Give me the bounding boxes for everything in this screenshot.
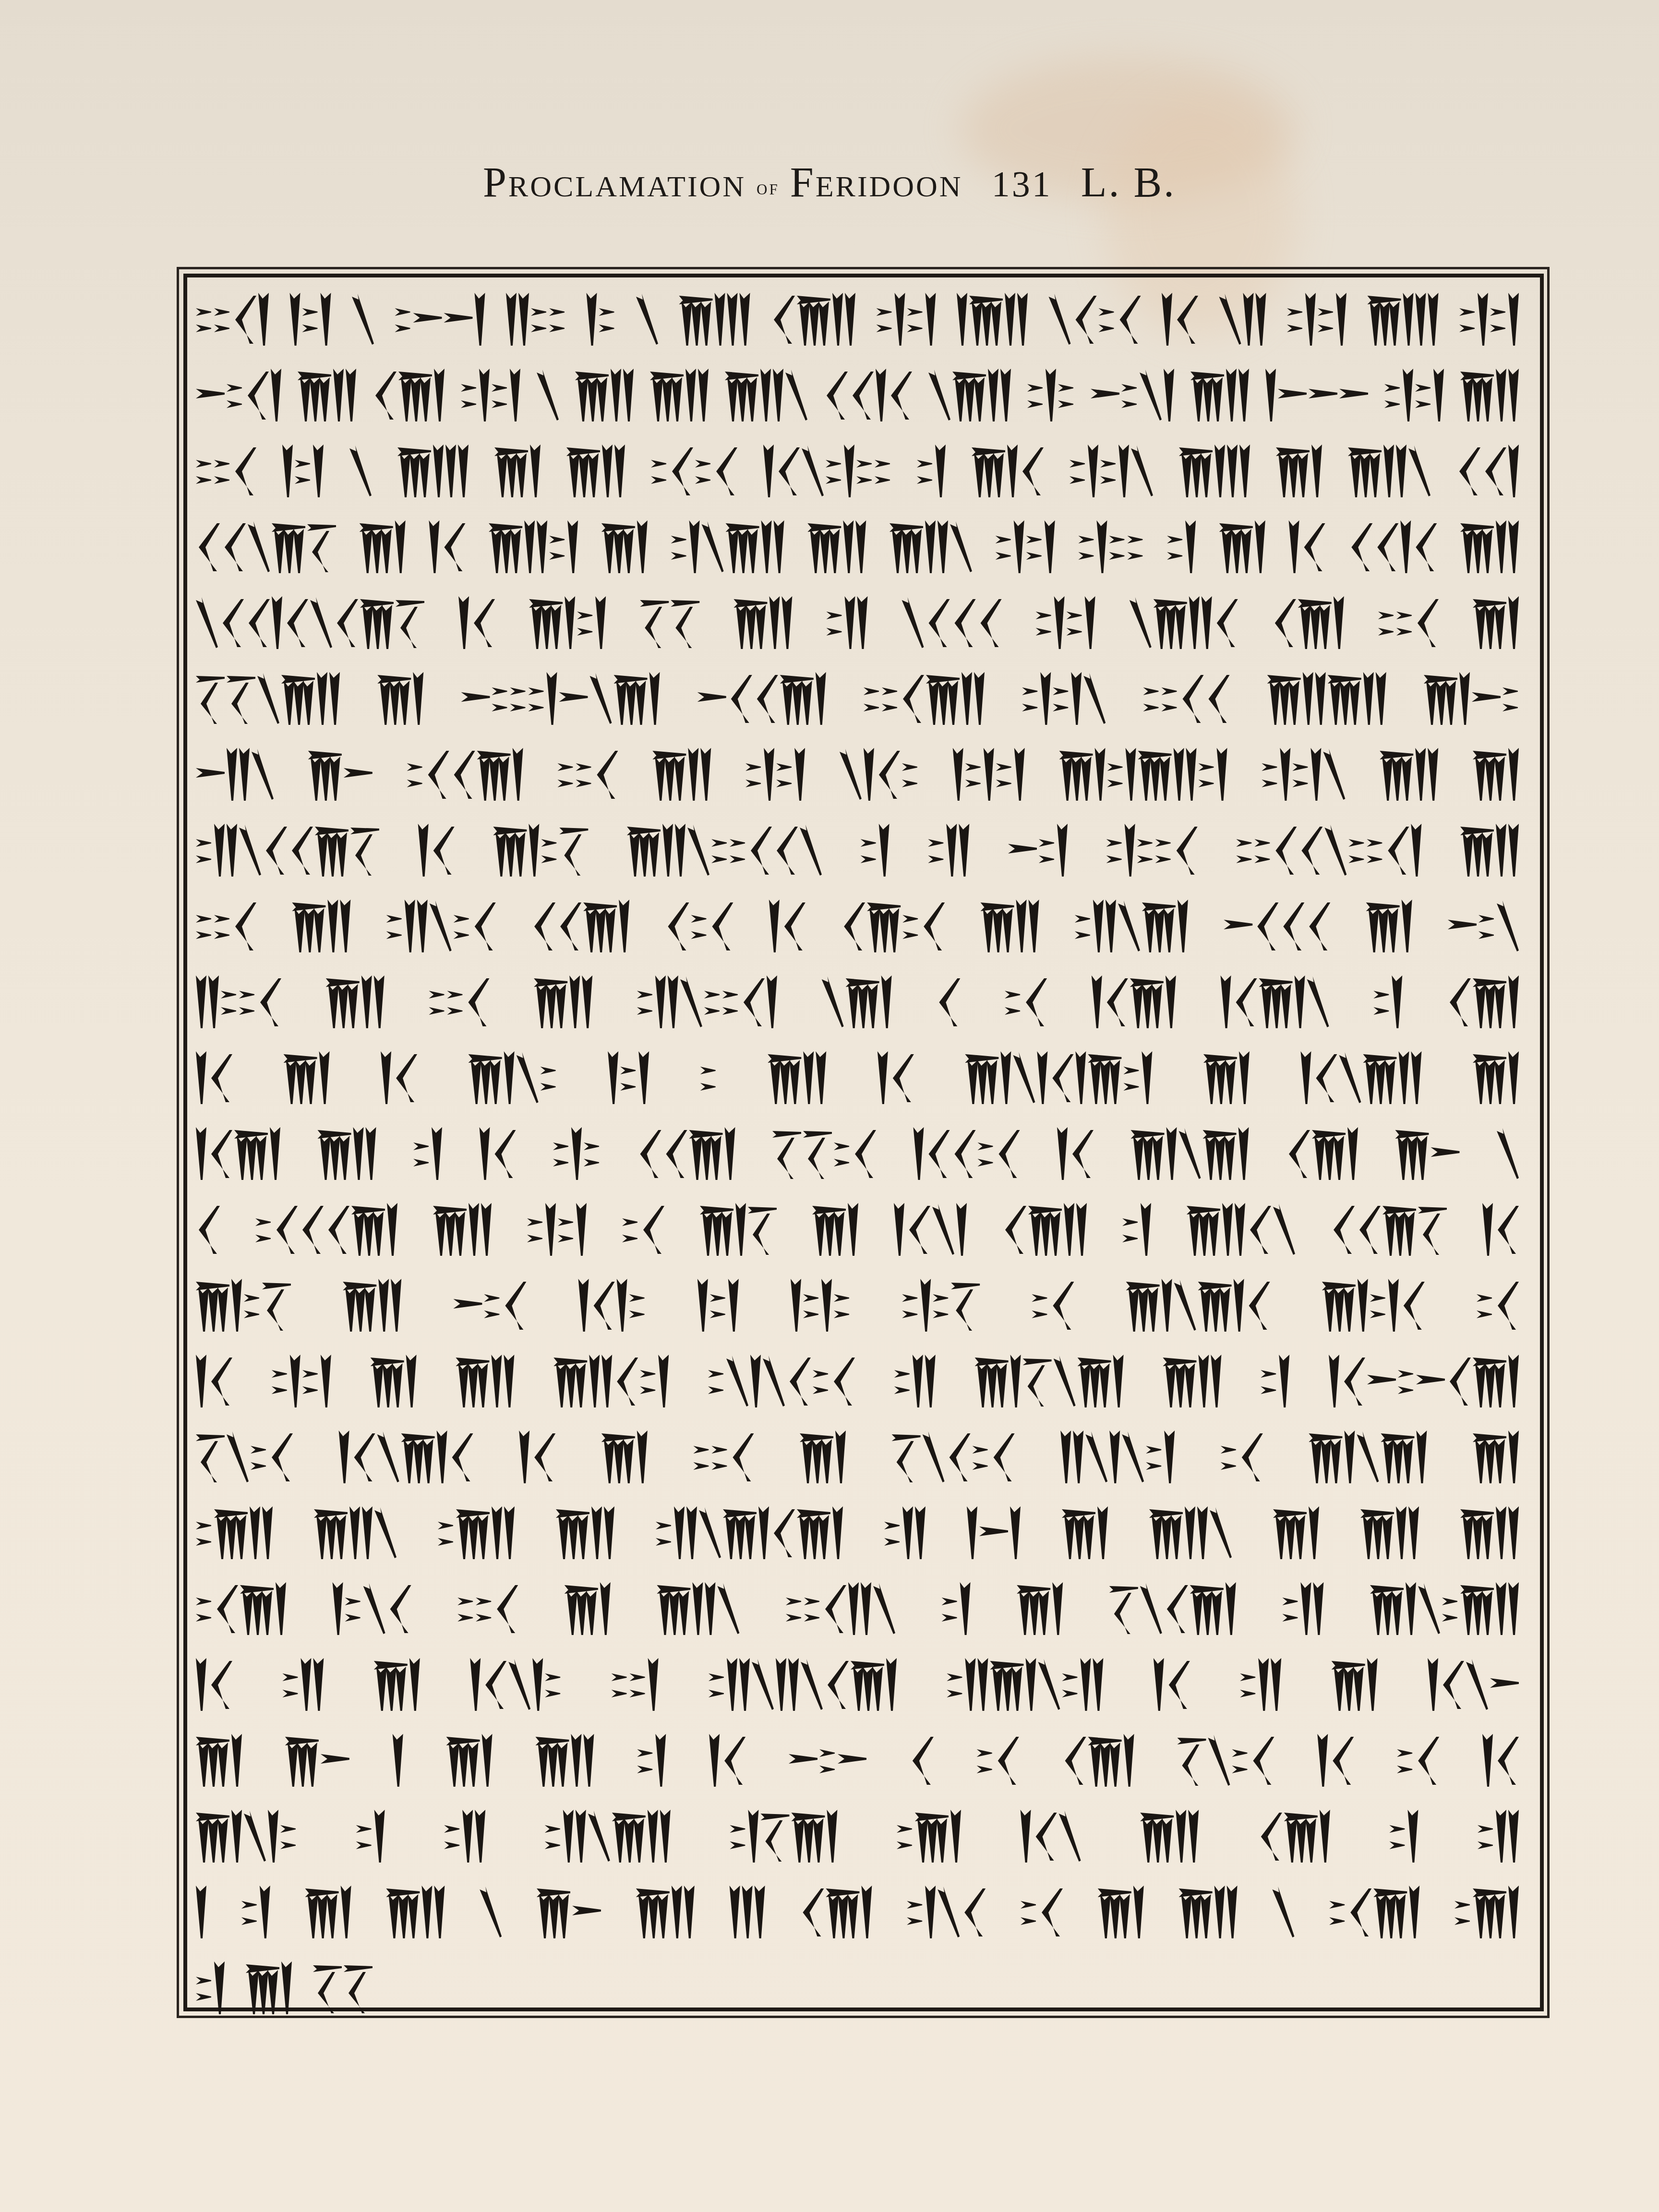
inscription-line <box>192 973 1536 1035</box>
cuneiform-inscription <box>192 283 1536 2007</box>
cuneiform-glyphs <box>192 1807 1536 1869</box>
title-word-feridoon: Feridoon <box>790 159 963 206</box>
inscription-line <box>192 821 1536 883</box>
inscription-line <box>192 1883 1536 1945</box>
inscription-line <box>192 897 1536 959</box>
inscription-line <box>192 1124 1536 1187</box>
cuneiform-glyphs <box>192 366 1536 428</box>
page-title: ProclamationofFeridoon131L. B. <box>0 158 1659 207</box>
title-word-of: of <box>757 176 780 199</box>
cuneiform-glyphs <box>192 1883 1536 1945</box>
inscription-line <box>192 1655 1536 1718</box>
inscription-line <box>192 290 1536 352</box>
cuneiform-glyphs <box>192 1276 1536 1338</box>
inscription-line <box>192 442 1536 504</box>
cuneiform-glyphs <box>192 290 1536 352</box>
inscription-line <box>192 1352 1536 1414</box>
cuneiform-glyphs <box>192 897 1536 959</box>
title-word-proclamation: Proclamation <box>483 159 746 206</box>
plate-number: 131 <box>992 164 1052 204</box>
cuneiform-glyphs <box>192 1200 1536 1262</box>
inscription-line <box>192 517 1536 580</box>
cuneiform-glyphs <box>192 821 1536 883</box>
inscription-line <box>192 1048 1536 1111</box>
inscription-line <box>192 669 1536 732</box>
inscription-line <box>192 593 1536 656</box>
cuneiform-glyphs <box>192 1428 1536 1490</box>
inscription-line <box>192 745 1536 807</box>
cuneiform-glyphs <box>192 973 1536 1035</box>
inscription-line <box>192 1428 1536 1490</box>
cuneiform-glyphs <box>192 1124 1536 1187</box>
cuneiform-glyphs <box>192 1048 1536 1111</box>
cuneiform-glyphs <box>192 669 1536 732</box>
cuneiform-glyphs <box>192 1503 1536 1566</box>
inscription-line <box>192 1959 1536 2021</box>
inscription-line <box>192 366 1536 428</box>
inscription-line <box>192 1200 1536 1262</box>
cuneiform-glyphs <box>192 442 1536 504</box>
cuneiform-glyphs <box>192 1352 1536 1414</box>
cuneiform-glyphs <box>192 1731 1536 1793</box>
inscription-line <box>192 1503 1536 1566</box>
plate-suffix: L. B. <box>1081 159 1176 206</box>
inscription-line <box>192 1731 1536 1793</box>
cuneiform-glyphs <box>192 1655 1536 1718</box>
cuneiform-glyphs <box>192 593 1536 656</box>
cuneiform-glyphs <box>192 1579 1536 1642</box>
cuneiform-glyphs <box>192 517 1536 580</box>
inscription-line <box>192 1807 1536 1869</box>
cuneiform-glyphs <box>192 745 1536 807</box>
cuneiform-glyphs <box>192 1959 1536 2021</box>
inscription-line <box>192 1276 1536 1338</box>
inscription-line <box>192 1579 1536 1642</box>
